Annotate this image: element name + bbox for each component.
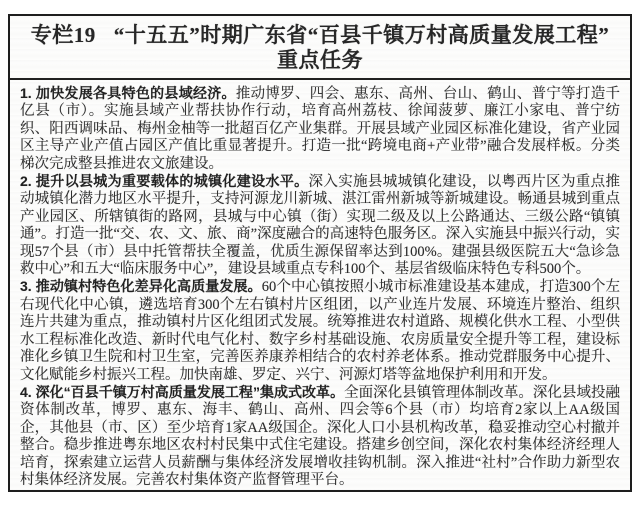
task-paragraph-2-heading: 2. 提升以县城为重要载体的城镇化建设水平。: [20, 173, 309, 189]
panel-body: 1. 加快发展各具特色的县域经济。推动博罗、四会、惠东、高州、台山、鹤山、普宁等…: [10, 80, 630, 493]
column-number-label: 专栏19: [31, 23, 96, 47]
task-paragraph-2-text: 深入实施县城城镇化建设，以粤西片区为重点推动城镇化潜力地区水平提升，支持河源龙川…: [20, 174, 620, 277]
task-paragraph-2: 2. 提升以县城为重要载体的城镇化建设水平。深入实施县城城镇化建设，以粤西片区为…: [20, 173, 620, 278]
column-panel: 专栏19“十五五”时期广东省“百县千镇万村高质量发展工程” 重点任务 1. 加快…: [8, 14, 632, 492]
task-paragraph-4-heading: 4. 深化“百县千镇万村高质量发展工程”集成式改革。: [20, 384, 344, 400]
task-paragraph-1: 1. 加快发展各具特色的县域经济。推动博罗、四会、惠东、高州、台山、鹤山、普宁等…: [20, 85, 620, 173]
panel-title-line2: 重点任务: [24, 48, 616, 73]
document-page: { "colors": { "border": "#1e1e1e", "text…: [0, 0, 640, 508]
task-paragraph-3: 3. 推动镇村特色化差异化高质量发展。60个中心镇按照小城市标准建设基本建成，打…: [20, 278, 620, 383]
task-paragraph-4: 4. 深化“百县千镇万村高质量发展工程”集成式改革。全面深化县镇管理体制改革。深…: [20, 384, 620, 489]
panel-title-line1: 专栏19“十五五”时期广东省“百县千镇万村高质量发展工程”: [24, 23, 616, 48]
task-paragraph-3-text: 60个中心镇按照小城市标准建设基本建成，打造300个左右现代化中心镇，遴选培育3…: [20, 279, 620, 382]
panel-title-text: “十五五”时期广东省“百县千镇万村高质量发展工程”: [114, 23, 610, 47]
task-paragraph-3-heading: 3. 推动镇村特色化差异化高质量发展。: [20, 278, 262, 294]
task-paragraph-1-heading: 1. 加快发展各具特色的县域经济。: [20, 85, 236, 101]
task-paragraph-4-text: 全面深化县镇管理体制改革。深化县域投融资体制改革，博罗、惠东、海丰、鹤山、高州、…: [20, 385, 620, 488]
panel-title: 专栏19“十五五”时期广东省“百县千镇万村高质量发展工程” 重点任务: [10, 16, 630, 80]
